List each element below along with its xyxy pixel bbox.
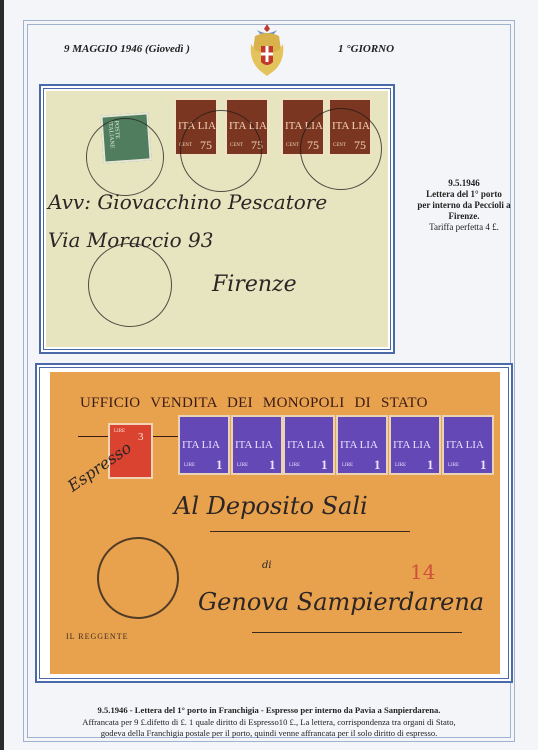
cover2-address-name: Al Deposito Sali (174, 492, 368, 520)
cover2-description: 9.5.1946 - Lettera del 1° porto in Franc… (38, 705, 500, 740)
cover2-signature-label: IL REGGENTE (66, 632, 128, 641)
cover2-official-seal (97, 537, 179, 619)
cover1-address-street: Via Moraccio 93 (48, 228, 213, 252)
cover1-description-line: per interno da Peccioli a (400, 200, 528, 211)
cover1-postmark (180, 110, 262, 192)
cover1-description: 9.5.1946 Lettera del 1° porto per intern… (400, 178, 528, 233)
cover2-stamp-1-lira: ITA LIA LIRE 1 (442, 415, 494, 475)
cover2-address-di: di (262, 560, 272, 571)
cover2-underline (210, 531, 410, 532)
cover1-postmark (300, 108, 382, 190)
savoy-coat-of-arms-icon (247, 22, 287, 78)
cover2-description-line: godeva della Franchigia postale per il p… (38, 728, 500, 740)
cover1-description-date: 9.5.1946 (400, 178, 528, 189)
cover2-description-line: Affrancata per 9 £.difetto di £. 1 quale… (38, 717, 500, 729)
cover1-postmark-peccioli (88, 243, 172, 327)
cover2-red-mark: 14 (410, 560, 435, 584)
cover1-address-name: Avv: Giovacchino Pescatore (48, 190, 327, 214)
cover1-description-line: Firenze. (400, 211, 528, 222)
cover2-underline (252, 632, 462, 633)
cover1-description-line: Lettera del 1° porto (400, 189, 528, 200)
cover1-address-city: Firenze (212, 272, 297, 297)
page-date-heading: 9 MAGGIO 1946 (Giovedì ) (64, 43, 190, 55)
cover2-stamp-1-lira: ITA LIA LIRE 1 (178, 415, 230, 475)
cover2-description-title: 9.5.1946 - Lettera del 1° porto in Franc… (38, 705, 500, 717)
cover2-stamp-1-lira: ITA LIA LIRE 1 (231, 415, 283, 475)
cover1-postmark (86, 118, 164, 196)
cover2-stamp-1-lira: ITA LIA LIRE 1 (283, 415, 335, 475)
cover1-description-tariff: Tariffa perfetta 4 £. (400, 222, 528, 233)
page-day-heading: 1 °GIORNO (338, 43, 394, 55)
cover2-stamp-1-lira: ITA LIA LIRE 1 (389, 415, 441, 475)
page-edge (0, 0, 4, 750)
cover2-address-city: Genova Sampierdarena (198, 588, 484, 616)
cover2-printed-header: UFFICIO VENDITA DEI MONOPOLI DI STATO (80, 395, 428, 412)
cover2-stamp-1-lira: ITA LIA LIRE 1 (336, 415, 388, 475)
